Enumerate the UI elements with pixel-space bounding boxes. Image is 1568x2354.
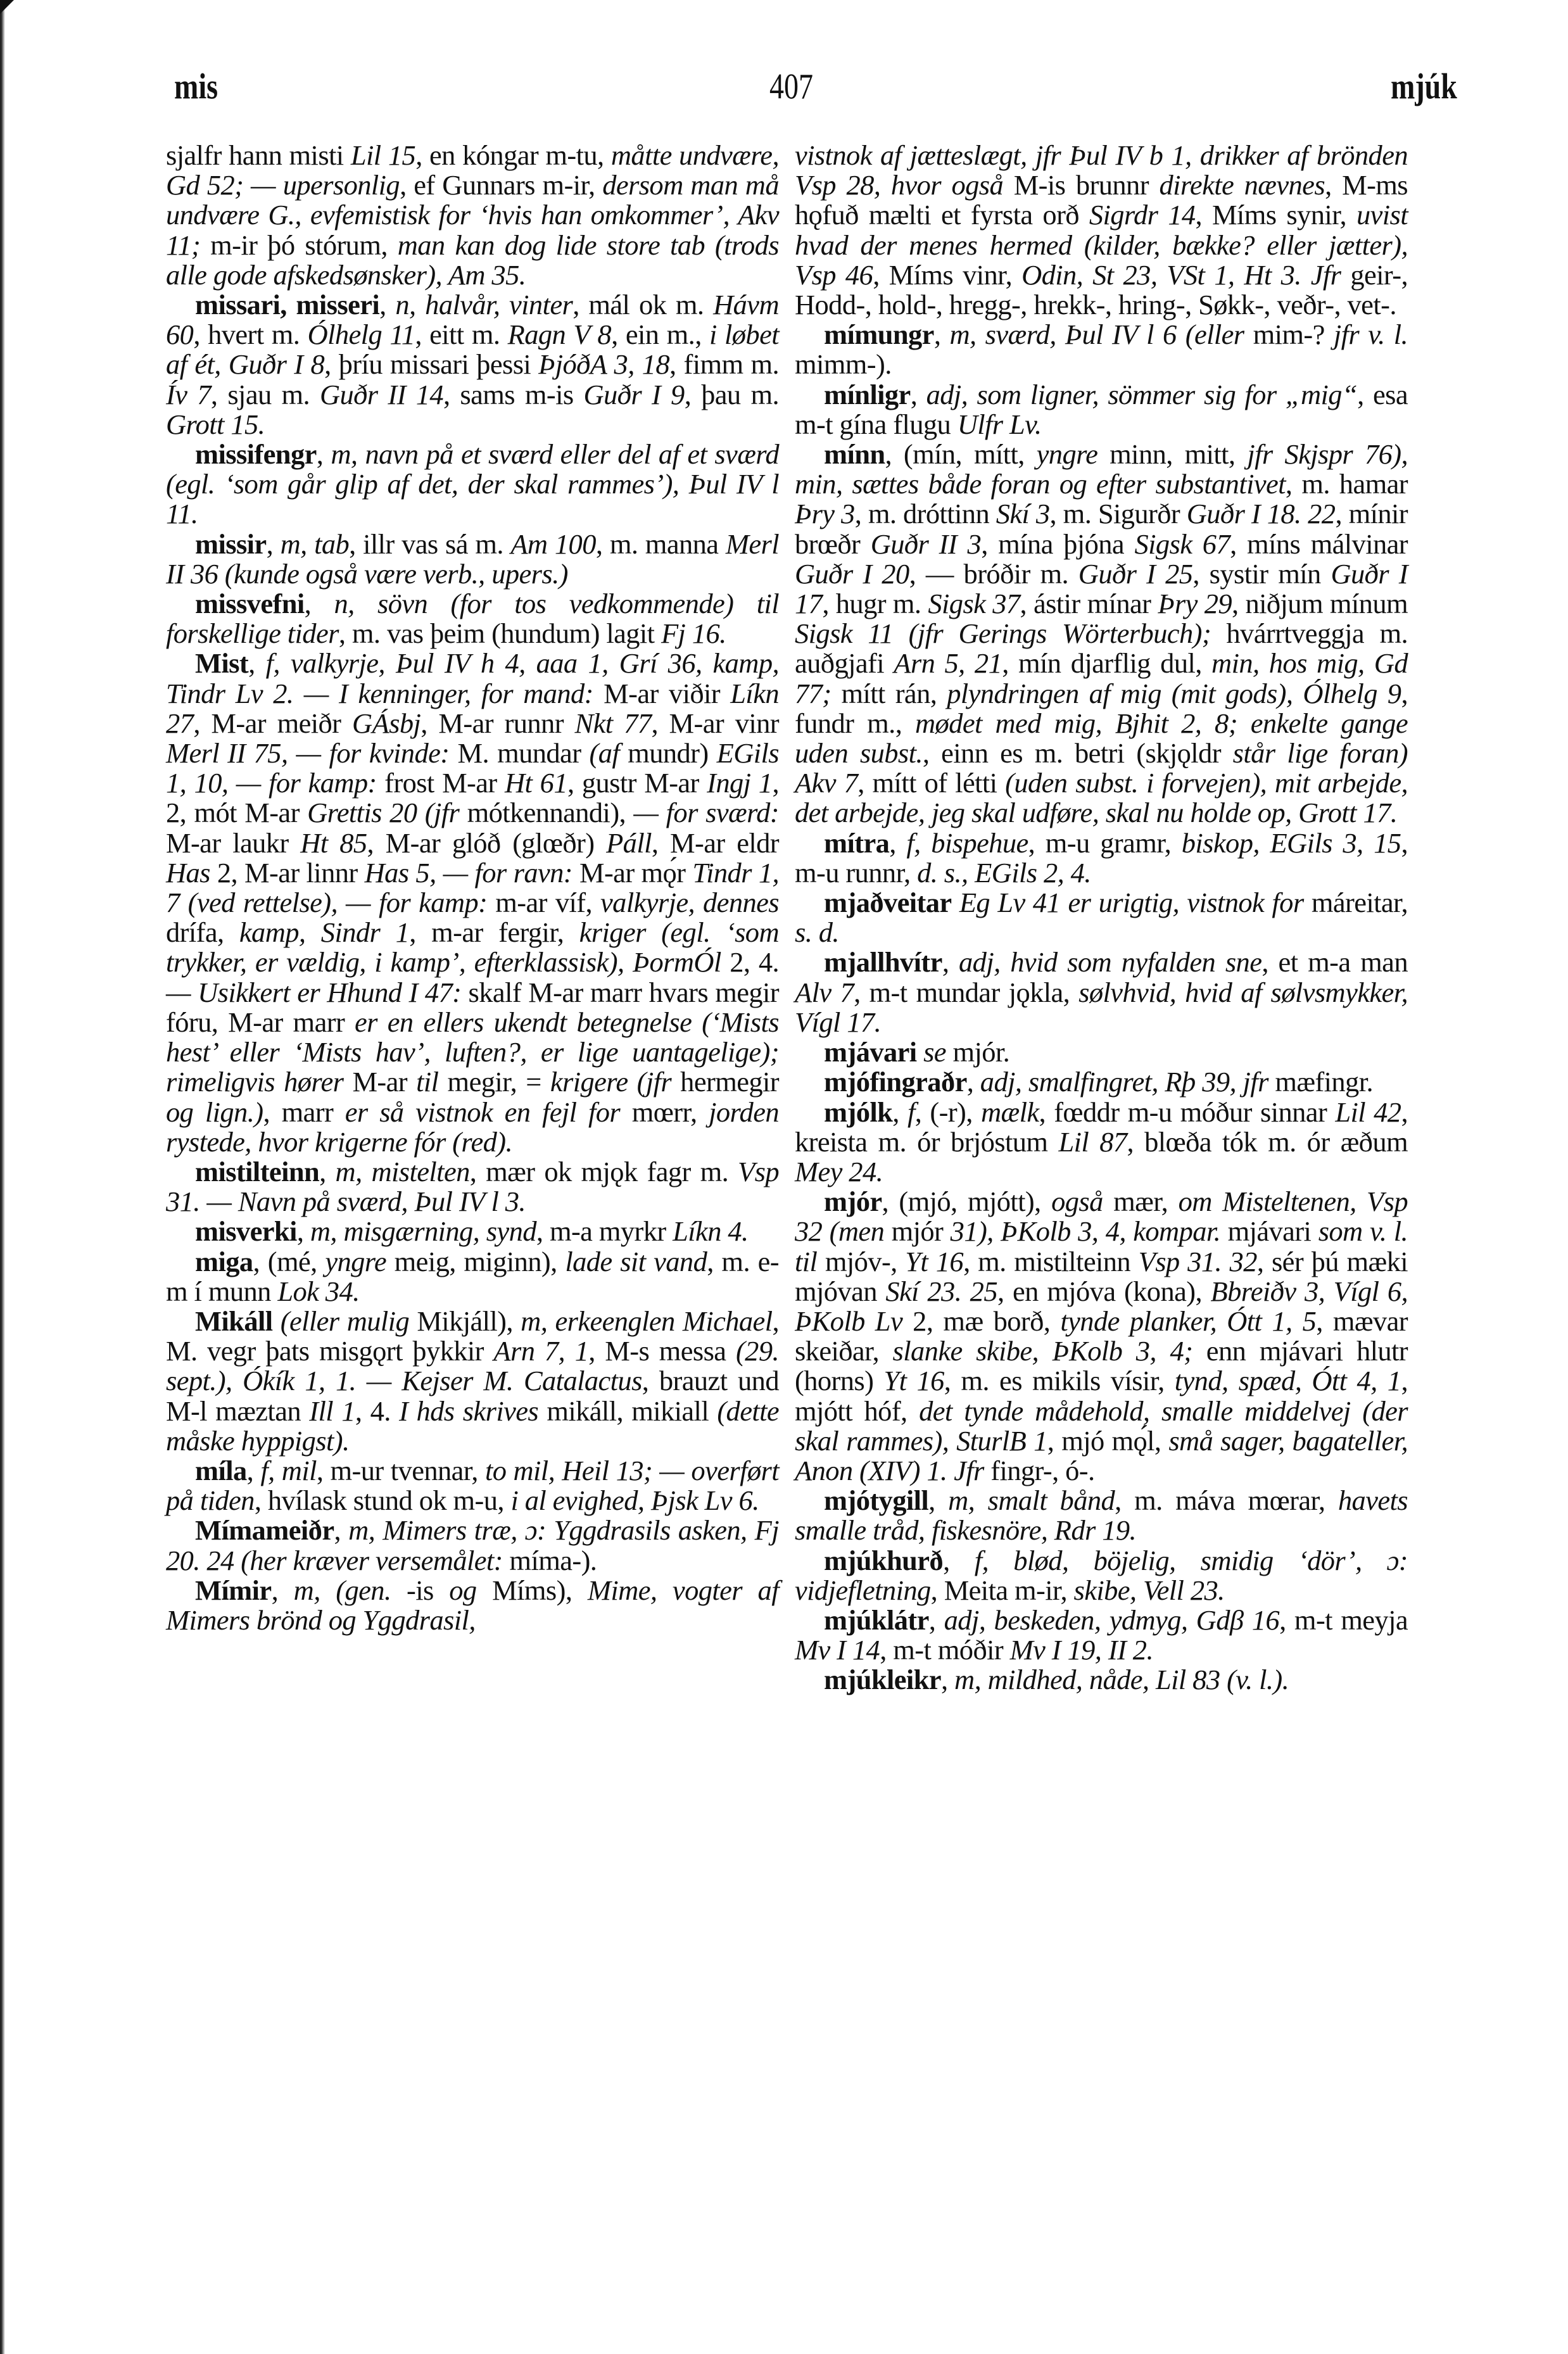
italic-text: Mey 24.	[795, 1156, 883, 1187]
roman-text: , hugr m.	[822, 588, 928, 619]
dictionary-entry: mjúkleikr, m, mildhed, nåde, Lil 83 (v. …	[795, 1665, 1408, 1695]
italic-text: Mv I 19, II 2.	[1010, 1634, 1153, 1666]
roman-text: , mína þjóna	[981, 528, 1134, 560]
italic-text: Ulfr Lv.	[958, 408, 1042, 440]
italic-text: Grettis 20 (jfr	[307, 797, 459, 828]
dictionary-entry: mjaðveitar Eg Lv 41 er urigtig, vistnok …	[795, 888, 1408, 947]
headword: misverki	[195, 1215, 297, 1247]
italic-text: mælk	[981, 1096, 1039, 1128]
dictionary-entry: mínligr, adj, som ligner, sömmer sig for…	[795, 380, 1408, 440]
dictionary-entry: mjófingraðr, adj, smalfingret, Rþ 39, jf…	[795, 1067, 1408, 1097]
italic-text: Alv 7	[795, 977, 854, 1008]
roman-text: , Míms synir,	[1196, 199, 1356, 231]
roman-text: , ef Gunnars m-ir,	[400, 169, 602, 201]
roman-text: , m-t mundar jǫkla,	[854, 977, 1078, 1008]
scan-edge	[0, 0, 5, 2354]
roman-text: 2, mæ borð,	[902, 1305, 1060, 1337]
dictionary-entry: míla, f, mil, m-ur tvennar, to mil, Heil…	[166, 1456, 779, 1516]
italic-text: m, smalt bånd	[948, 1484, 1115, 1516]
roman-text: , m. vas þeim (hundum) lagit	[339, 617, 661, 649]
italic-text: Páll	[606, 827, 652, 859]
roman-text: ,	[379, 289, 395, 320]
roman-text: fingr-, ó-.	[984, 1455, 1095, 1486]
roman-text: 2, 4.	[721, 946, 779, 978]
roman-text: , sams m-is	[443, 379, 584, 410]
dictionary-entry: Mikáll (eller mulig Mikjáll), m, erkeeng…	[166, 1307, 779, 1456]
roman-text: míma-).	[503, 1545, 597, 1576]
running-head-left: mis	[174, 68, 218, 105]
roman-text: , Míms vinr,	[873, 259, 1021, 291]
roman-text: ,	[247, 1455, 261, 1486]
headword: mjór	[824, 1186, 882, 1217]
italic-text: s. d.	[795, 916, 839, 948]
headword: mjallhvítr	[824, 946, 942, 978]
roman-text: ,	[967, 1066, 980, 1098]
headword: mínn	[824, 438, 885, 470]
dictionary-entry: mjótygill, m, smalt bånd, m. máva mœrar,…	[795, 1486, 1408, 1545]
italic-text: adj, smalfingret, Rþ 39, jfr	[980, 1066, 1268, 1098]
roman-text: ,	[267, 528, 281, 560]
roman-text: , hvílask stund ok m-u,	[255, 1484, 511, 1516]
roman-text: , eitt m.	[415, 319, 507, 350]
roman-text: , (mjó, mjótt),	[882, 1186, 1052, 1217]
headword: miga	[195, 1246, 253, 1277]
roman-text: Mikjáll),	[409, 1305, 521, 1337]
italic-text: m, erkeenglen Michael	[521, 1305, 772, 1337]
italic-text: Guðr I 25	[1078, 558, 1193, 590]
roman-text: mim-?	[1244, 319, 1334, 350]
roman-text: 2, M-ar linnr	[210, 857, 365, 889]
roman-text: ,	[317, 438, 331, 470]
roman-text: ,	[942, 946, 959, 978]
roman-text: ,	[928, 1484, 948, 1516]
italic-text: m, misgærning, synd	[310, 1215, 536, 1247]
italic-text: n, halvår, vinter	[395, 289, 572, 320]
roman-text: ,	[934, 319, 950, 350]
headword: Mikáll	[195, 1305, 273, 1337]
italic-text: i al evighed, Þjsk Lv 6.	[510, 1484, 759, 1516]
italic-text: m, sværd, Þul IV l 6 (eller	[949, 319, 1244, 350]
italic-text: Guðr II 3	[871, 528, 982, 560]
italic-text: Eg Lv 41 er urigtig, vistnok for	[959, 887, 1304, 918]
italic-text: Vsp 31. 32	[1139, 1246, 1257, 1277]
italic-text: Ingj 1	[707, 767, 772, 799]
roman-text: , m-ar fergir,	[409, 916, 579, 948]
roman-text: , M-ar runnr	[420, 707, 574, 739]
dictionary-entry: Mist, f, valkyrje, Þul IV h 4, aaa 1, Gr…	[166, 649, 779, 1156]
roman-text: M-ar mǫ́r	[572, 857, 692, 889]
roman-text: mjávari	[1220, 1215, 1318, 1247]
italic-text: yngre	[325, 1246, 386, 1277]
headword: mjávari	[824, 1036, 917, 1068]
roman-text: mimm-).	[795, 348, 892, 380]
italic-text: f, bispehue	[906, 827, 1028, 859]
headword: mjúklátr	[824, 1604, 929, 1636]
italic-text: GÁsbj	[352, 707, 420, 739]
italic-text: Ht 85	[300, 827, 367, 859]
roman-text: , m. máva mœrar,	[1115, 1484, 1338, 1516]
roman-text: , m-ur tvennar,	[317, 1455, 485, 1486]
dictionary-entry: missir, m, tab, illr vas sá m. Am 100, m…	[166, 529, 779, 589]
roman-text: , marr	[263, 1096, 345, 1128]
roman-text: , mjó mǫ́l,	[1047, 1425, 1169, 1457]
roman-text: megir, =	[438, 1066, 550, 1098]
italic-text: d. s., EGils 2, 4.	[917, 857, 1091, 889]
italic-text: jfr v. l.	[1334, 319, 1408, 350]
italic-text: — Usikkert er Hhund I 47:	[166, 977, 461, 1008]
roman-text: , mítt of létti	[857, 767, 1005, 799]
italic-text: Yt 16	[905, 1246, 963, 1277]
roman-text: M. mundar	[449, 737, 589, 769]
roman-text: ,	[297, 1215, 310, 1247]
dictionary-entry: missifengr, m, navn på et sværd eller de…	[166, 440, 779, 529]
italic-text: f	[907, 1096, 915, 1128]
roman-text: , m-u gramr,	[1028, 827, 1182, 859]
roman-text: , m. mistilteinn	[963, 1246, 1139, 1277]
dictionary-entry: mjallhvítr, adj, hvid som nyfalden sne, …	[795, 947, 1408, 1037]
dictionary-entry: missari, misseri, n, halvår, vinter, mál…	[166, 290, 779, 440]
roman-text: , en kóngar m-tu,	[415, 139, 611, 171]
italic-text: I hds skrives	[399, 1395, 538, 1427]
italic-text: Ólhelg 11	[308, 319, 415, 350]
italic-text: adj, som ligner, sömmer sig for „mig“	[926, 379, 1358, 410]
roman-text: , hvert m.	[193, 319, 307, 350]
roman-text: mjór.	[946, 1036, 1009, 1068]
italic-text: Has 5, — for ravn:	[365, 857, 572, 889]
left-column: sjalfr hann misti Lil 15, en kóngar m-tu…	[166, 141, 779, 1635]
roman-text: , m. Sigurðr	[1050, 498, 1187, 529]
italic-text: lade sit vand	[565, 1246, 707, 1277]
italic-text: kamp, Sindr 1	[239, 916, 409, 948]
roman-text: minn, mitt,	[1097, 438, 1247, 470]
roman-text: , M-ar meiðr	[193, 707, 352, 739]
roman-text: , m-t meyja	[1279, 1604, 1408, 1636]
headword: missvefni	[195, 588, 305, 619]
roman-text	[952, 887, 959, 918]
roman-text: sjalfr hann misti	[166, 139, 351, 171]
roman-text: máreitar,	[1304, 887, 1408, 918]
italic-text: Lok 34.	[277, 1275, 359, 1307]
dictionary-entry: mjór, (mjó, mjótt), også mær, om Mistelt…	[795, 1187, 1408, 1486]
roman-text: M-ar laukr	[166, 827, 300, 859]
roman-text: , m-a myrkr	[536, 1215, 673, 1247]
dictionary-entry: mistilteinn, m, mistelten, mær ok mjǫk f…	[166, 1157, 779, 1217]
italic-text: Am 100	[510, 528, 596, 560]
dictionary-entry: mítra, f, bispehue, m-u gramr, biskop, E…	[795, 828, 1408, 888]
roman-text: M-is brunnr	[1003, 169, 1159, 201]
italic-text: Guðr II 14	[320, 379, 443, 410]
headword: mjúkhurð	[824, 1545, 943, 1576]
italic-text: valkyrje, dennes	[600, 887, 779, 918]
dictionary-entry: mjólk, f, (-r), mælk, fœddr m-u móður si…	[795, 1098, 1408, 1187]
running-head-right: mjúk	[1391, 68, 1457, 105]
roman-text: , þríu missari þessi	[324, 348, 538, 380]
page-number: 407	[769, 68, 813, 105]
italic-text: Lil 42	[1335, 1096, 1401, 1128]
roman-text: ,	[941, 1664, 954, 1695]
roman-text: ,	[892, 1096, 907, 1128]
roman-text: , mál ok m.	[572, 289, 713, 320]
headword: Mímir	[195, 1574, 272, 1606]
roman-text: mikáll, mikiall	[538, 1395, 717, 1427]
roman-text: mær,	[1103, 1186, 1179, 1217]
headword: missari, misseri	[195, 289, 379, 320]
roman-text: , mær ok mjǫk fagr m.	[470, 1156, 738, 1187]
italic-text: Þry 29	[1158, 588, 1232, 619]
italic-text: adj, beskeden, ydmyg, Gdβ 16	[944, 1604, 1279, 1636]
dictionary-entry: misverki, m, misgærning, synd, m-a myrkr…	[166, 1217, 779, 1246]
roman-text	[273, 1305, 281, 1337]
headword: mjúkleikr	[824, 1664, 941, 1695]
roman-text: , mín djarflig dul,	[1002, 647, 1211, 679]
roman-text: , m. dróttinn	[855, 498, 996, 529]
italic-text: slanke skibe, ÞKolb 3, 4;	[893, 1335, 1193, 1367]
italic-text: Yt 16	[883, 1365, 944, 1396]
italic-text: direkte nævnes	[1159, 169, 1325, 201]
roman-text: , m. manna	[596, 528, 726, 560]
roman-text: mjór	[884, 1215, 950, 1247]
roman-text: ,	[272, 1574, 294, 1606]
italic-text: plyndringen af mig (mit gods), Ólhelg 9	[947, 678, 1401, 709]
headword: mjólk	[824, 1096, 892, 1128]
italic-text: adj, hvid som nyfalden sne	[959, 946, 1261, 978]
roman-text: , míns málvinar	[1230, 528, 1408, 560]
italic-text: biskop, EGils 3, 15	[1182, 827, 1401, 859]
italic-text: se	[923, 1036, 946, 1068]
italic-text: til	[416, 1066, 438, 1098]
roman-text: , (mín, mítt,	[885, 438, 1037, 470]
headword: mínligr	[824, 379, 911, 410]
roman-text: ,	[943, 1545, 975, 1576]
roman-text: , sjau m.	[211, 379, 320, 410]
roman-text: mæfingr.	[1268, 1066, 1373, 1098]
roman-text: , (mé,	[253, 1246, 326, 1277]
roman-text: ,	[248, 647, 266, 679]
italic-text: Arn 7, 1	[493, 1335, 588, 1367]
roman-text: , 4.	[355, 1395, 399, 1427]
italic-text: Odin, St 23, VSt 1, Ht 3. Jfr	[1021, 259, 1341, 291]
italic-text: 31), ÞKolb 3, 4, kompar.	[951, 1215, 1221, 1247]
italic-text: tynd, spæd, Ótt 4, 1	[1175, 1365, 1401, 1396]
headword: mímungr	[824, 319, 934, 350]
italic-text: og	[449, 1574, 476, 1606]
roman-text: , ástir mínar	[1020, 588, 1158, 619]
italic-text: (eller mulig	[281, 1305, 409, 1337]
roman-text: , ein m.,	[611, 319, 709, 350]
roman-text: , gustr M-ar	[567, 767, 707, 799]
roman-text: , M-s messa	[588, 1335, 736, 1367]
roman-text: , et m-a man	[1261, 946, 1408, 978]
roman-text: meig, miginn),	[386, 1246, 565, 1277]
roman-text: mundr)	[619, 737, 717, 769]
headword: mjófingraðr	[824, 1066, 967, 1098]
roman-text: ,	[929, 1604, 944, 1636]
italic-text: Merl II 75, — for kvinde:	[166, 737, 449, 769]
italic-text: (af	[589, 737, 619, 769]
dictionary-entry: mjávari se mjór.	[795, 1037, 1408, 1067]
italic-text: ÞjóðA 3, 18	[538, 348, 669, 380]
italic-text: Grott 15.	[166, 408, 265, 440]
headword: missifengr	[195, 438, 317, 470]
roman-text: , þau m.	[685, 379, 779, 410]
roman-text: Míms),	[477, 1574, 588, 1606]
entry-continuation: sjalfr hann misti Lil 15, en kóngar m-tu…	[166, 141, 779, 290]
italic-text: Has	[166, 857, 210, 889]
right-column: vistnok af jætteslægt, jfr Þul IV b 1, d…	[795, 141, 1408, 1695]
italic-text: Ív 7	[166, 379, 211, 410]
italic-text: Ill 1	[309, 1395, 355, 1427]
roman-text: , en mjóva (kona),	[997, 1275, 1211, 1307]
roman-text: mítt rán,	[831, 678, 947, 709]
italic-text: yngre	[1037, 438, 1098, 470]
italic-text: Sigsk 37	[928, 588, 1020, 619]
roman-text: , blœða tók m. ór æðum	[1127, 1126, 1408, 1158]
roman-text: ,	[911, 379, 926, 410]
dictionary-entry: miga, (mé, yngre meig, miginn), lade sit…	[166, 1247, 779, 1307]
headword: mjótygill	[824, 1484, 928, 1516]
roman-text: , fœddr m-u móður sinnar	[1039, 1096, 1336, 1128]
headword: missir	[195, 528, 267, 560]
dictionary-entry: mímungr, m, sværd, Þul IV l 6 (eller mim…	[795, 320, 1408, 379]
roman-text: , — bróðir m.	[909, 558, 1078, 590]
italic-text: Þry 3	[795, 498, 855, 529]
headword: Mímameiðr	[195, 1514, 334, 1546]
italic-text: er så vistnok en fejl for	[345, 1096, 620, 1128]
headword: mistilteinn	[195, 1156, 319, 1187]
italic-text: Fj 16.	[661, 617, 726, 649]
scan-corner	[0, 0, 14, 14]
roman-text: mótkennandi),	[459, 797, 633, 828]
headword: míla	[195, 1455, 247, 1486]
italic-text: Líkn 4.	[673, 1215, 748, 1247]
roman-text: , m-t móðir	[880, 1634, 1009, 1666]
italic-text: f, mil	[260, 1455, 317, 1486]
roman-text: , M-ar glóð (glœðr)	[367, 827, 607, 859]
roman-text: M-ar	[343, 1066, 416, 1098]
roman-text: , M-ar vinr	[651, 707, 779, 739]
italic-text: m, mistelten	[336, 1156, 470, 1187]
italic-text: tynde planker, Ótt 1, 5	[1060, 1305, 1316, 1337]
roman-text: frost M-ar	[377, 767, 505, 799]
roman-text: ,	[319, 1156, 335, 1187]
italic-text: krigere (jfr	[550, 1066, 671, 1098]
roman-text: ,	[889, 827, 906, 859]
italic-text: Ht 61	[505, 767, 567, 799]
italic-text: Ragn V 8	[508, 319, 611, 350]
roman-text: mœrr,	[620, 1096, 709, 1128]
headword: mítra	[824, 827, 889, 859]
headword: mjaðveitar	[824, 887, 952, 918]
roman-text: , illr vas sá m.	[349, 528, 510, 560]
italic-text: Sigrdr 14	[1089, 199, 1196, 231]
roman-text: , einn es m. betri (skjǫldr	[923, 737, 1233, 769]
italic-text: Guðr I 18. 22	[1187, 498, 1336, 529]
headword: Mist	[195, 647, 248, 679]
roman-text: , M-ar eldr	[652, 827, 779, 859]
roman-text	[917, 1036, 924, 1068]
roman-text: mjóv-,	[817, 1246, 905, 1277]
dictionary-entry: Mímameiðr, m, Mimers træ, ɔ: Yggdrasils …	[166, 1516, 779, 1575]
roman-text: -is	[391, 1574, 449, 1606]
italic-text: Mv I 14	[795, 1634, 880, 1666]
roman-text: drífa,	[166, 916, 239, 948]
dictionary-entry: mjúklátr, adj, beskeden, ydmyg, Gdβ 16, …	[795, 1605, 1408, 1665]
dictionary-entry: mjúkhurð, f, blød, böjelig, smidig ‘dör’…	[795, 1546, 1408, 1605]
roman-text: , m. hamar	[1286, 468, 1408, 500]
italic-text: også	[1051, 1186, 1103, 1217]
dictionary-entry: missvefni, n, sövn (for tos vedkommende)…	[166, 589, 779, 649]
italic-text: og lign.)	[166, 1096, 263, 1128]
italic-text: m, (gen.	[294, 1574, 391, 1606]
italic-text: Skí 23. 25	[885, 1275, 997, 1307]
roman-text: , fimm m.	[669, 348, 779, 380]
italic-text: m, mildhed, nåde, Lil 83 (v. l.).	[954, 1664, 1289, 1695]
italic-text: Guðr I 9	[584, 379, 685, 410]
italic-text: Lil 15	[351, 139, 415, 171]
entry-continuation: vistnok af jætteslægt, jfr Þul IV b 1, d…	[795, 141, 1408, 320]
roman-text: M-ar viðir	[593, 678, 730, 709]
italic-text: m, tab	[281, 528, 350, 560]
roman-text: m-ir þó stórum,	[200, 229, 398, 261]
roman-text: ,	[305, 588, 334, 619]
italic-text: Skí 3	[996, 498, 1050, 529]
dictionary-entry: mínn, (mín, mítt, yngre minn, mitt, jfr …	[795, 440, 1408, 828]
roman-text: , systir mín	[1192, 558, 1331, 590]
italic-text: Nkt 77	[575, 707, 652, 739]
italic-text: Lil 87	[1059, 1126, 1127, 1158]
roman-text: hermegir	[671, 1066, 779, 1098]
roman-text: m-ar víf,	[487, 887, 600, 918]
dictionary-entry: Mímir, m, (gen. -is og Míms), Mime, vogt…	[166, 1576, 779, 1635]
roman-text: , Meita m-ir,	[931, 1574, 1074, 1606]
roman-text: ,	[334, 1514, 348, 1546]
italic-text: Sigsk 67	[1134, 528, 1230, 560]
italic-text: Arn 5, 21	[894, 647, 1002, 679]
italic-text: skibe, Vell 23.	[1074, 1574, 1225, 1606]
italic-text: Guðr I 20	[795, 558, 909, 590]
roman-text: , niðjum mínum	[1232, 588, 1408, 619]
roman-text: , m. es mikils vísir,	[944, 1365, 1175, 1396]
roman-text: , (-r),	[915, 1096, 981, 1128]
italic-text: — for sværd:	[633, 797, 779, 828]
italic-text: Sigsk 11 (jfr Gerings Wörterbuch);	[795, 617, 1211, 649]
